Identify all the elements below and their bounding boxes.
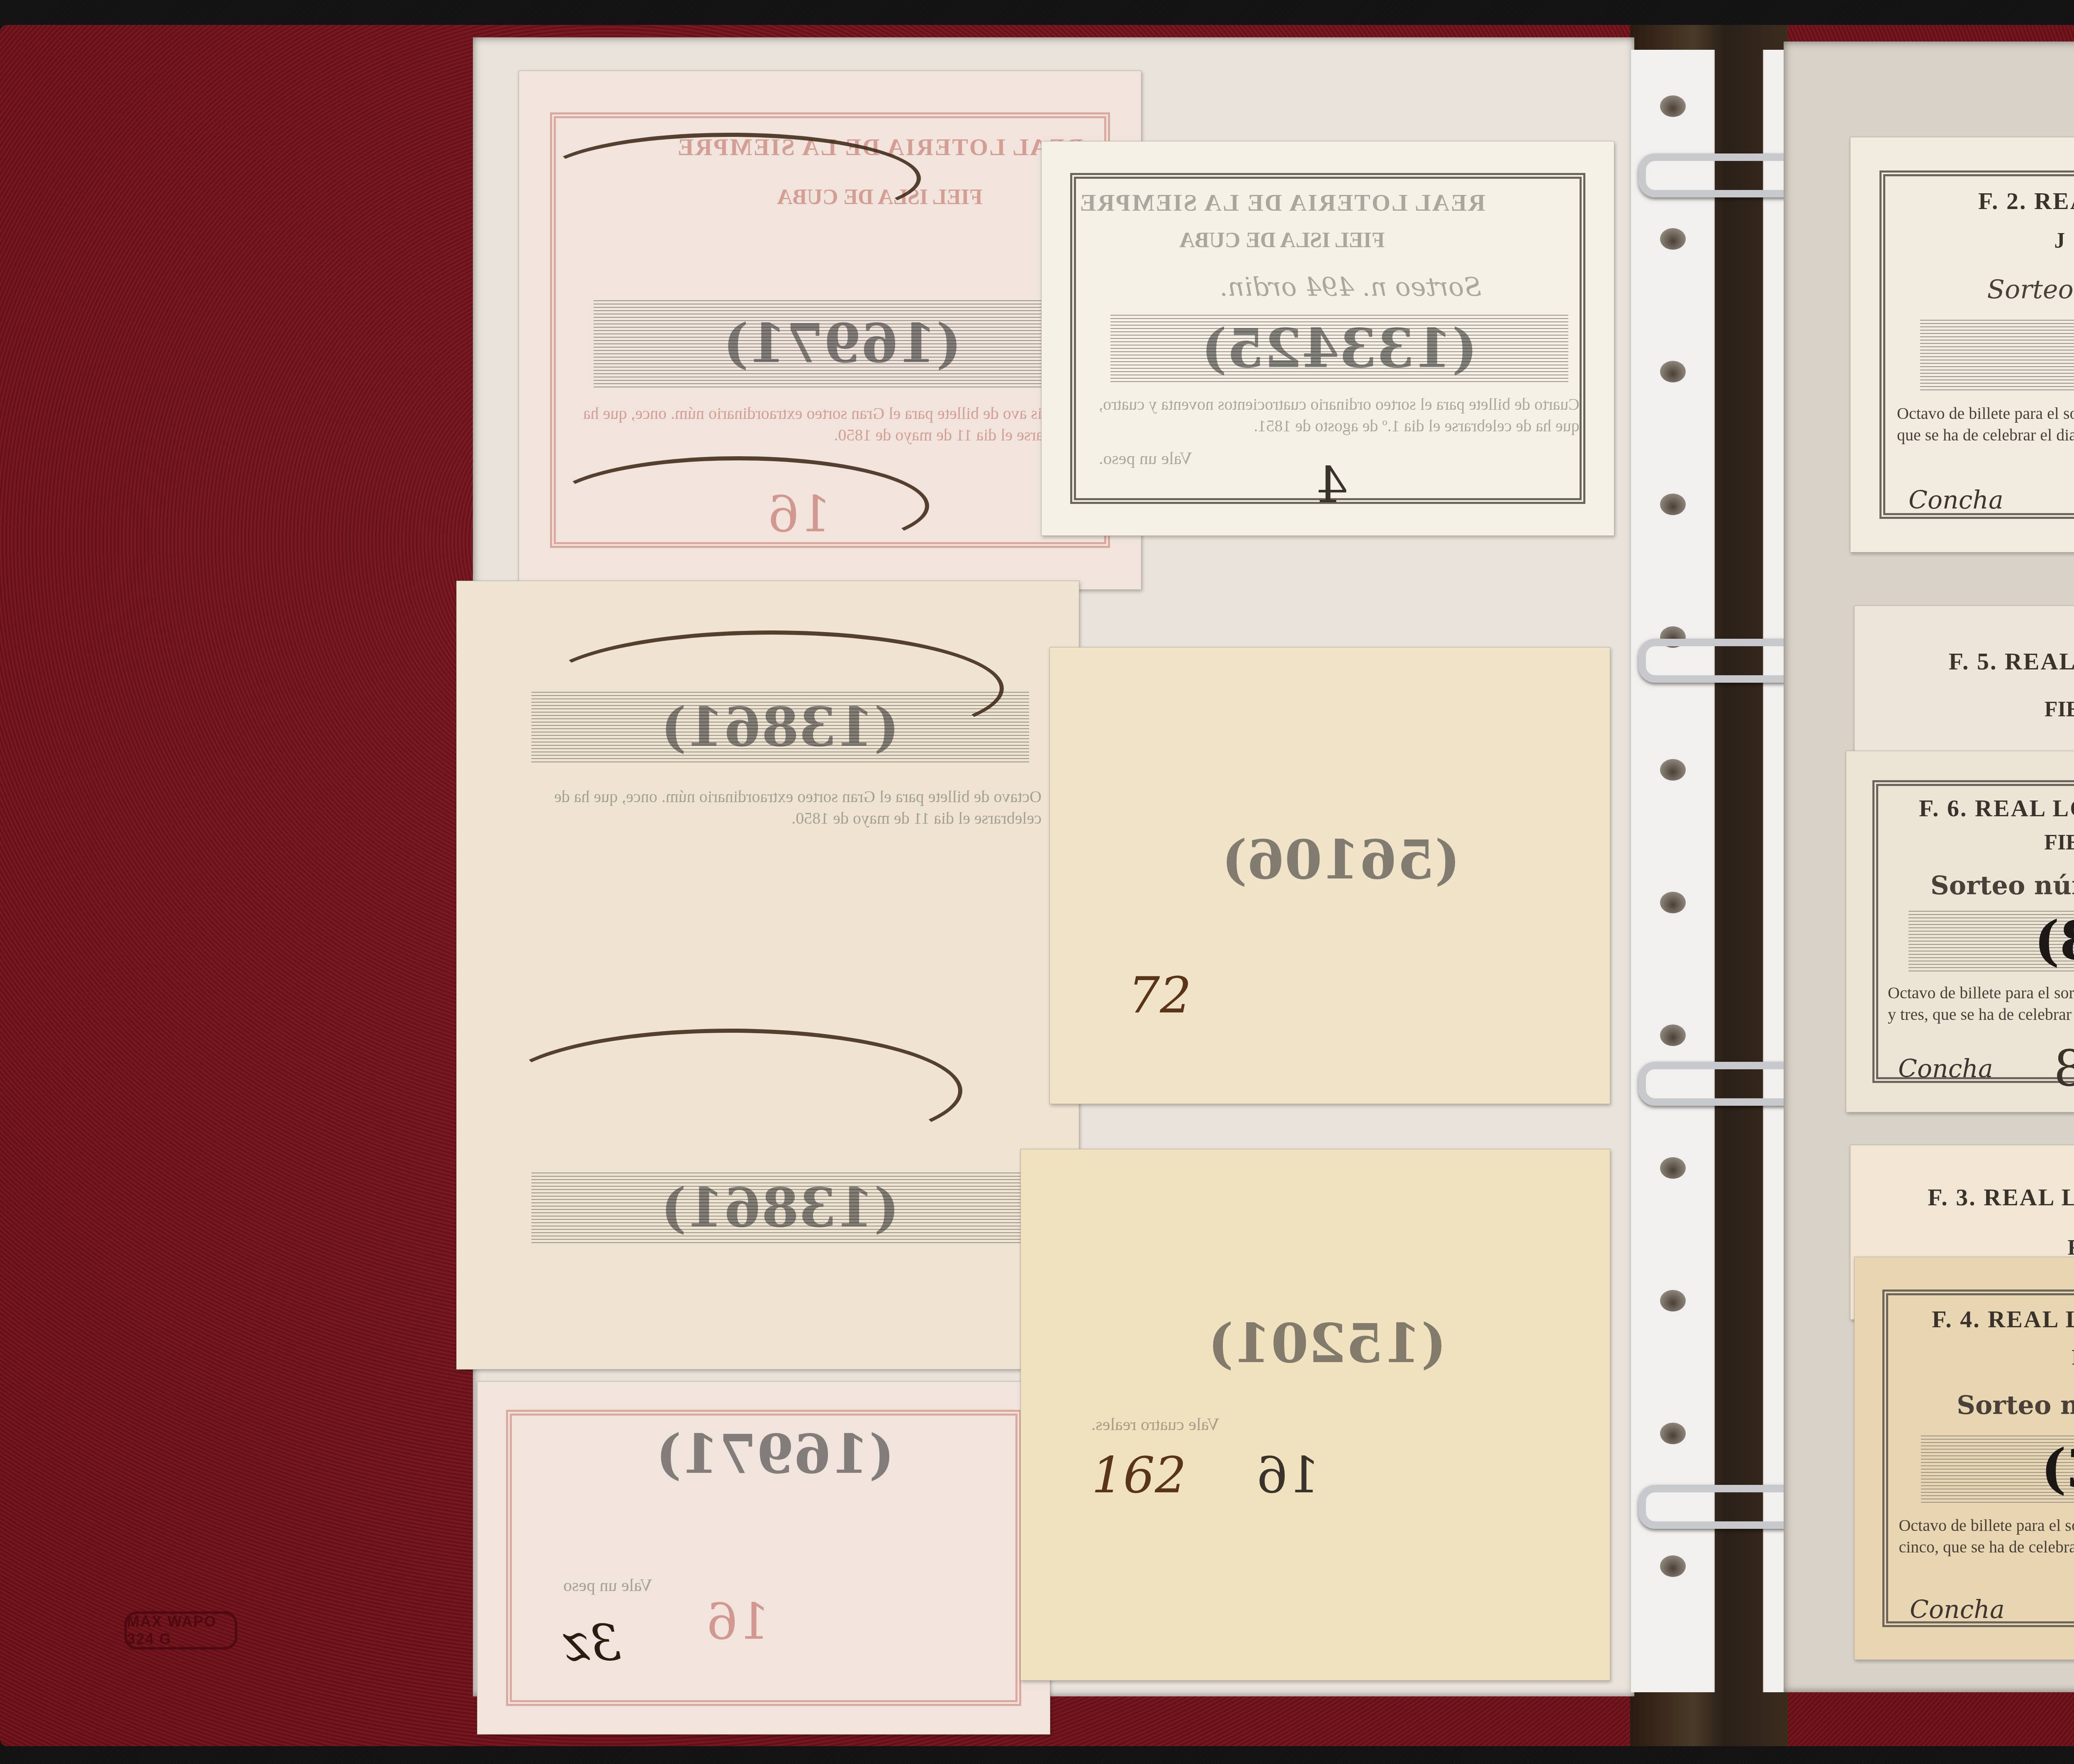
ticket-description: Cuarto de billete para el sorteo ordinar… (1087, 394, 1580, 437)
ticket-form: F. 2. (1978, 187, 2027, 214)
ticket-description: Octavo de billete para el Gran sorteo ex… (506, 786, 1042, 829)
ticket-left-bottom-back: (16971) Vale un peso 16 3z (477, 1381, 1050, 1735)
number-band: (16971) (594, 299, 1091, 387)
ticket-left-top-front: REAL LOTERIA DE LA SIEMPRE FIEL ISLA DE … (1041, 141, 1614, 536)
ink-flourish (498, 1029, 962, 1153)
ticket-number: (13861) (661, 1176, 899, 1239)
punch-hole (1660, 892, 1686, 913)
punch-hole (1660, 1024, 1686, 1046)
ticket-value: Vale cuatro reales. (1091, 1415, 1220, 1435)
ticket-number: (16971) (723, 311, 962, 375)
ticket-header-text: REAL LOTERIA DE LA SIEMPRE (1975, 795, 2074, 822)
ticket-subheader: JFIEL ISLA DE CUBA (1978, 229, 2074, 253)
punch-hole (1660, 494, 1686, 515)
ink-flourish (539, 133, 921, 224)
ticket-header: F. 5. REAL LOTERIA DE LA SIEMPRE Y (1949, 647, 2074, 675)
ticket-form: F. 5. (1949, 648, 1998, 675)
ticket-header-text: REAL LOTERIA DE LA SIEMPRE (1988, 1306, 2074, 1333)
ticket-number: (133425) (1201, 316, 1478, 380)
ink-flourish (548, 456, 929, 556)
ticket-description: Octavo de billete para el sorteo ordinar… (1899, 1515, 2074, 1558)
ticket-number: (3967) (2041, 1437, 2074, 1500)
handwritten-number: 3z (563, 1614, 621, 1672)
ticket-subheader: FIEL ISLA DE CUBA (1076, 228, 1488, 253)
binder-logo-emboss: MAX WAPO 324 G (124, 1611, 237, 1650)
punch-hole (1660, 759, 1686, 781)
ticket-header: F. 6. REAL LOTERIA DE LA SIEMPRE T (1919, 794, 2074, 822)
ticket-number: (899) (2034, 909, 2074, 972)
ticket-header-text: REAL LOTERIA DE LA SIEMPRE (2005, 648, 2074, 675)
ticket-right-236: F. 2. REAL LOTERIA DE LA SIEMPRE JFIEL I… (1850, 137, 2074, 552)
ticket-header-text: REAL LOTERIA DE LA SIEMPRE (1984, 1184, 2074, 1211)
ticket-left-bottom-front: (15201) Vale cuatro reales. 16 162 (1020, 1149, 1610, 1681)
number-band: (899) (1908, 910, 2074, 971)
ticket-right-3967: F. 4. REAL LOTERIA DE LA SIEMPRE G FIEL … (1854, 1257, 2074, 1660)
ticket-form: F. 4. (1932, 1306, 1981, 1333)
signature: Concha (1898, 1054, 1993, 1083)
ticket-description: Octavo de billete para el sorteo ordinar… (1888, 982, 2074, 1025)
ticket-header: F. 4. REAL LOTERIA DE LA SIEMPRE G (1932, 1305, 2074, 1333)
ticket-number: (15201) (1208, 1311, 1446, 1375)
ticket-form: F. 3. (1928, 1184, 1977, 1211)
ticket-description: Diez y seis avo de billete para el Gran … (569, 403, 1104, 446)
ticket-sorteo: Sorteo núm. 592 ordinario. (1932, 274, 2074, 304)
ticket-sorteo: Sorteo núm. 595 ordinario. (1932, 1390, 2074, 1420)
ticket-header-text: REAL LOTERIA DE LA SIEMPRE (2034, 187, 2074, 214)
ticket-right-f5-y: F. 5. REAL LOTERIA DE LA SIEMPRE Y FIEL … (1854, 606, 2074, 772)
number-band: (133425) (1110, 315, 1568, 382)
ticket-subheader: FIEL ISLA DE CUBA (1960, 830, 2074, 855)
ticket-letter: J (2054, 229, 2065, 253)
handwritten-number: 162 (1091, 1447, 1186, 1504)
ticket-value: Vale un peso (563, 1576, 652, 1596)
handwritten-number: 72 (1128, 967, 1192, 1024)
ticket-fraction: 8 (2054, 1040, 2074, 1097)
ticket-header: F. 3. REAL LOTERIA DE LA SIEMPRE O (1928, 1183, 2074, 1211)
punch-hole (1660, 1555, 1686, 1577)
ticket-fraction: 16 (706, 1593, 770, 1651)
ticket-subheader: FIEL ISLA DE CUBA (1976, 1346, 2074, 1370)
signature: Concha (1910, 1595, 2005, 1624)
ticket-number: (16971) (656, 1422, 894, 1486)
ticket-sorteo: Sorteo núm. 593 ordinario. (1919, 870, 2074, 900)
number-band: (56106) (1117, 821, 1565, 898)
punch-hole (1660, 1423, 1686, 1444)
punch-hole (1660, 228, 1686, 250)
ticket-form: F. 6. (1919, 795, 1968, 822)
ticket-description: Octavo de billete para el sorteo ordinar… (1897, 403, 2074, 446)
number-band: (13861) (531, 1172, 1029, 1243)
ticket-right-899: F. 6. REAL LOTERIA DE LA SIEMPRE T FIEL … (1846, 751, 2074, 1112)
ticket-number: (236) (2071, 324, 2074, 387)
punch-hole (1660, 1157, 1686, 1179)
number-band: (16971) (546, 1424, 1004, 1484)
ticket-fraction: 4 (1316, 457, 1348, 514)
ticket-subheader: FIEL ISLA DE CUBA (1949, 697, 2074, 722)
ticket-number: (56106) (1222, 828, 1460, 891)
ink-flourish (539, 630, 1004, 747)
ticket-fraction: 16 (1256, 1447, 1320, 1504)
signature: Concha (1908, 486, 2003, 515)
ticket-header: F. 2. REAL LOTERIA DE LA SIEMPRE (1978, 187, 2074, 215)
punch-hole (1660, 361, 1686, 382)
punch-hole (1660, 95, 1686, 117)
ticket-header: REAL LOTERIA DE LA SIEMPRE (1076, 189, 1488, 217)
ticket-left-middle-front: (56106) 72 (1049, 647, 1610, 1104)
number-band: (15201) (1091, 1298, 1563, 1388)
left-sleeve-punch-strip (1630, 50, 1715, 1692)
ticket-sorteo: Sorteo n. 494 ordin. (1122, 272, 1580, 302)
number-band: (3967) (1921, 1434, 2074, 1503)
number-band: (236) (1920, 320, 2074, 390)
ticket-value: Vale un peso. (1099, 449, 1192, 469)
punch-hole (1660, 1290, 1686, 1311)
